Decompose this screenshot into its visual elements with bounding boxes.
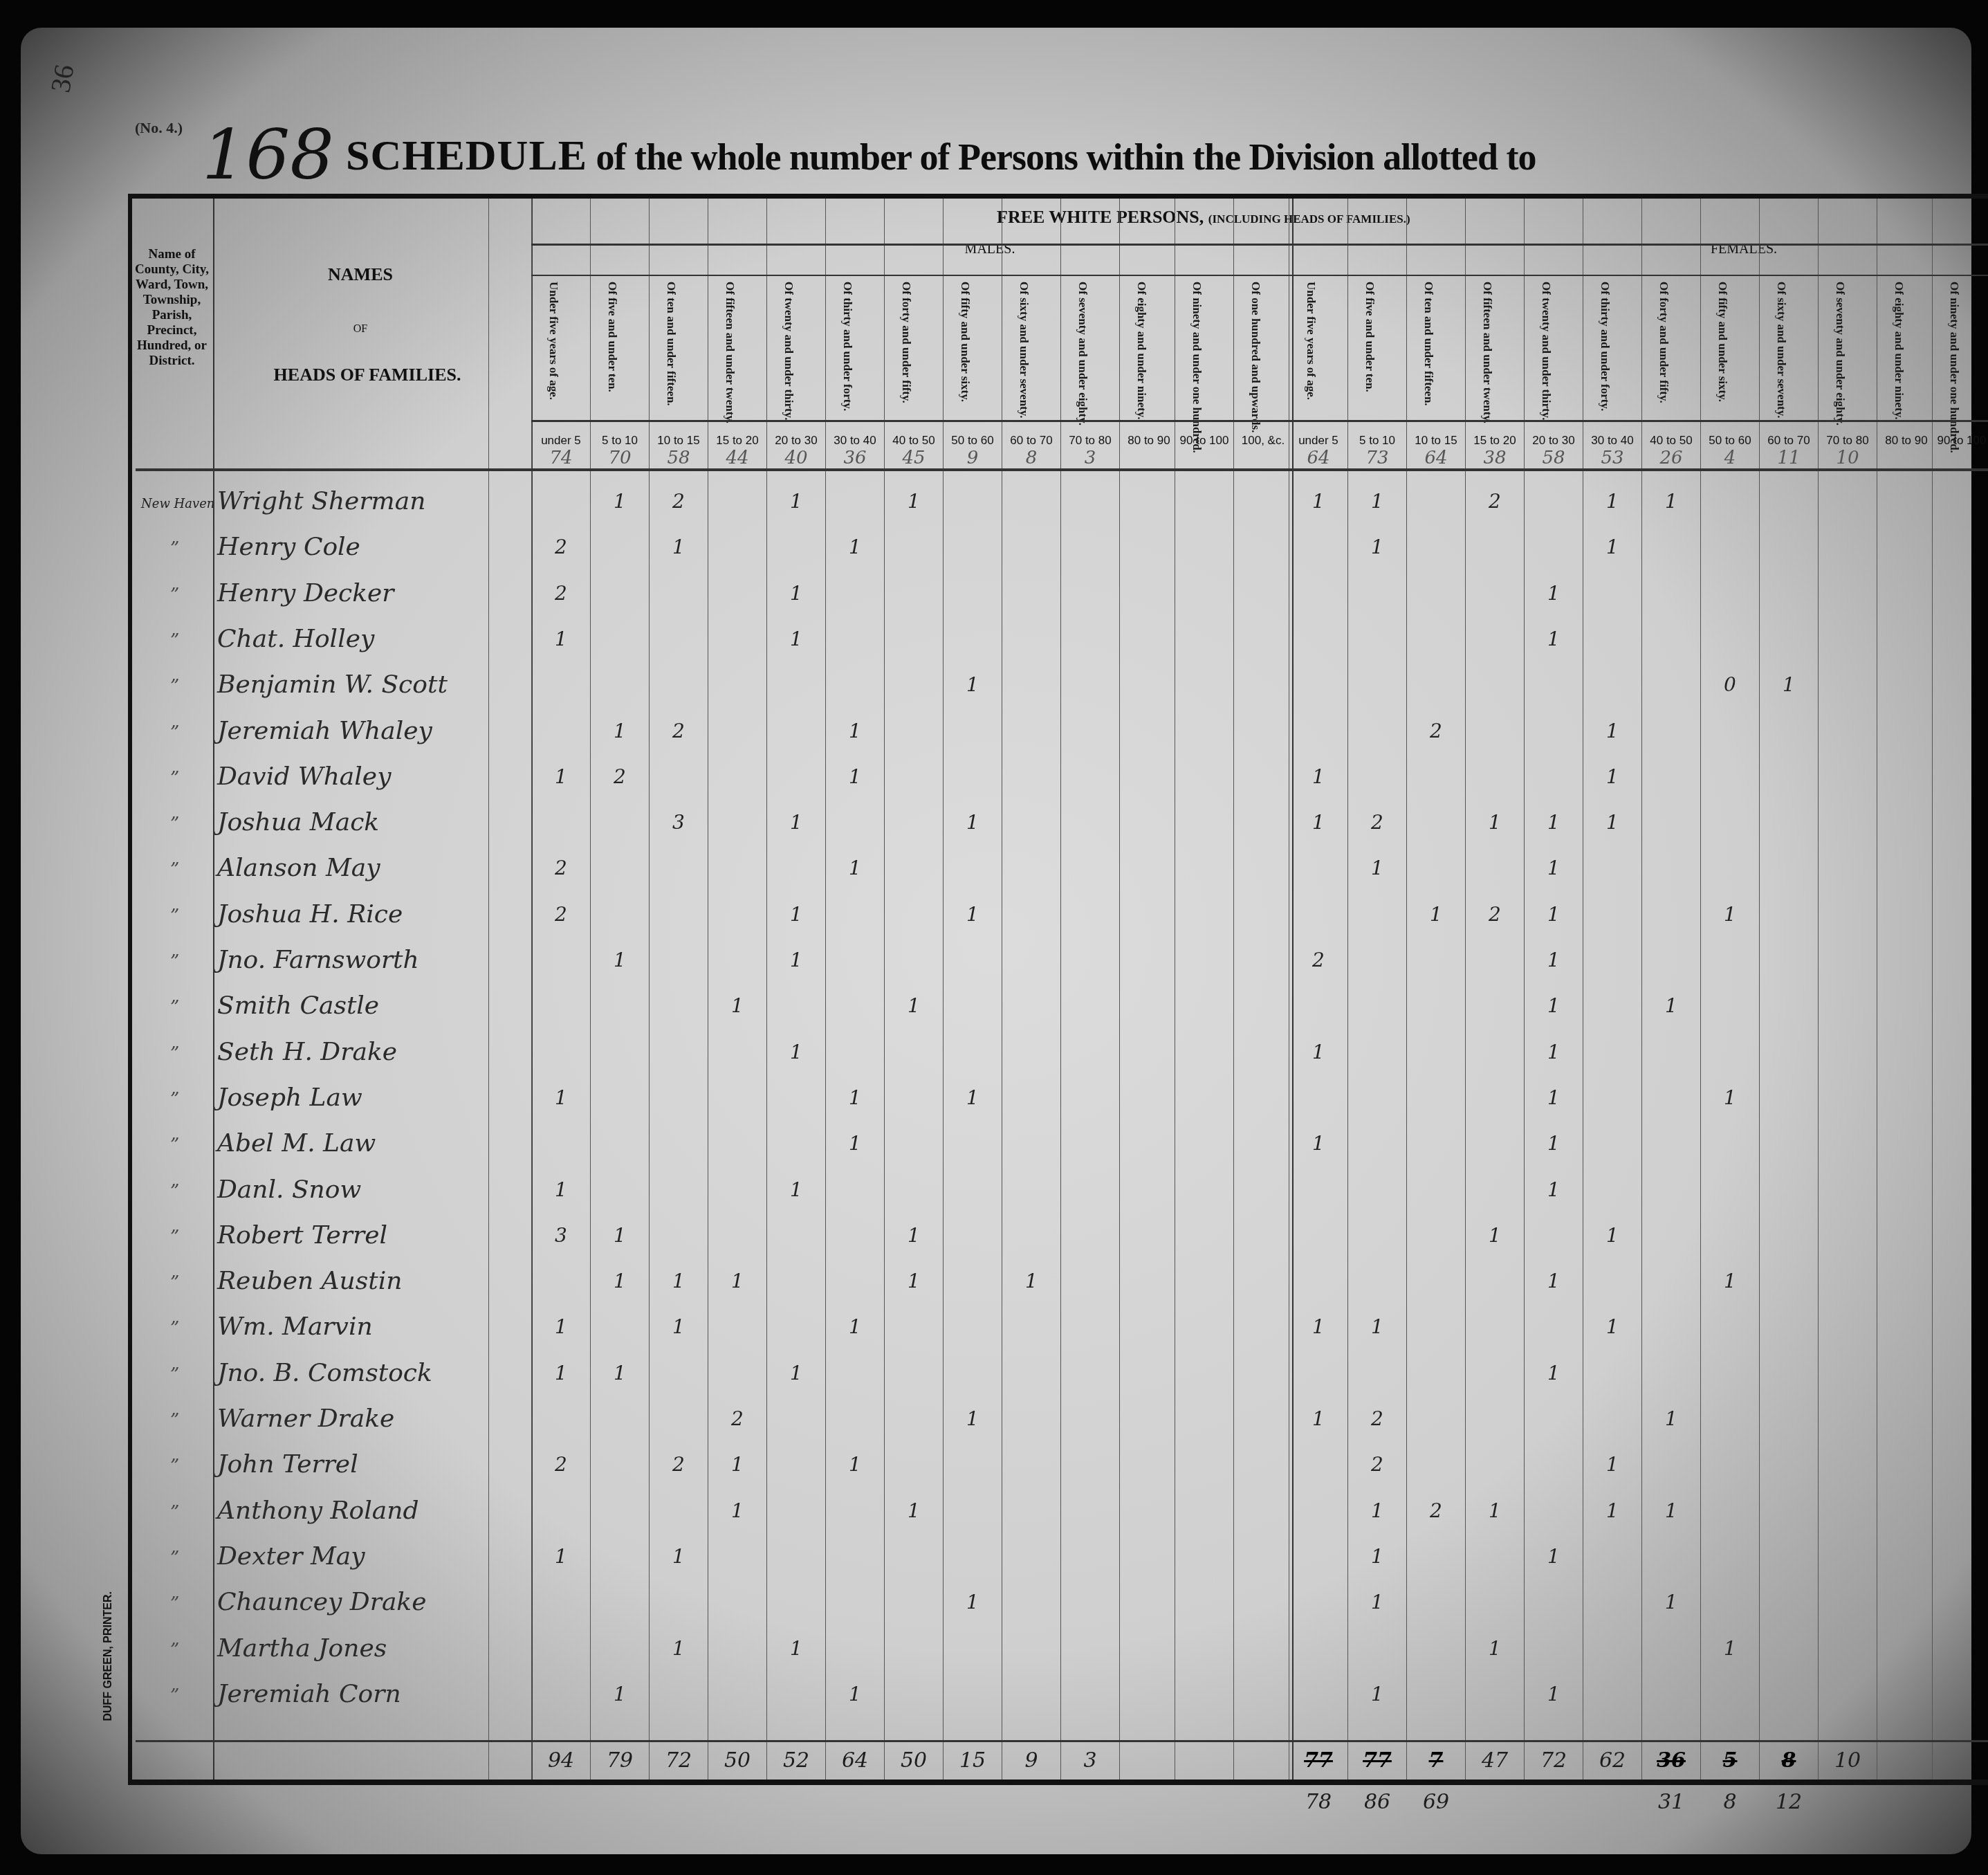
row-rule <box>531 420 1988 422</box>
male-count-cell: 3 <box>658 811 699 834</box>
carried-female-2: 64 <box>1412 448 1460 468</box>
female-count-cell: 2 <box>1356 1407 1398 1430</box>
column-rule <box>1641 199 1642 1780</box>
male-total-3: 50 <box>713 1748 762 1773</box>
column-rule <box>708 199 708 1780</box>
district-cell: ” <box>170 997 179 1018</box>
male-col-range-1: 5 to 10 <box>591 434 649 448</box>
male-count-cell: 1 <box>952 1086 993 1109</box>
female-count-cell: 1 <box>1356 1315 1398 1338</box>
female-col-range-9: 70 to 80 <box>1819 434 1877 448</box>
male-total-1: 79 <box>596 1748 644 1773</box>
female-count-cell: 1 <box>1650 994 1692 1017</box>
male-col-range-10: 80 to 90 <box>1120 434 1178 448</box>
male-count-cell: 1 <box>540 1545 582 1568</box>
column-rule <box>1524 199 1525 1780</box>
female-count-cell: 2 <box>1298 949 1339 971</box>
female-col-range-5: 30 to 40 <box>1583 434 1641 448</box>
district-cell: ” <box>170 630 179 651</box>
column-rule <box>1292 199 1294 1780</box>
female-count-cell: 2 <box>1356 1453 1398 1476</box>
names-header-line1: NAMES <box>215 264 506 285</box>
carried-male-6: 45 <box>890 448 938 468</box>
carried-female-3: 38 <box>1471 448 1519 468</box>
row-rule <box>531 275 1988 276</box>
male-count-cell: 1 <box>834 857 876 879</box>
male-count-cell: 1 <box>893 994 935 1017</box>
district-cell: ” <box>170 1043 179 1064</box>
male-count-cell: 1 <box>834 1453 876 1476</box>
column-rule <box>1002 199 1002 1780</box>
district-cell: ” <box>170 1456 179 1476</box>
column-rule <box>825 199 826 1780</box>
female-count-cell: 1 <box>1533 628 1574 650</box>
male-total-8: 9 <box>1007 1748 1056 1773</box>
district-cell: ” <box>170 1135 179 1155</box>
carried-male-3: 44 <box>713 448 762 468</box>
female-total-corrected-8: 12 <box>1765 1790 1813 1814</box>
female-count-cell: 1 <box>1533 1132 1574 1155</box>
corner-page-mark: 36 <box>44 62 80 95</box>
head-of-family-name: Joseph Law <box>217 1083 362 1112</box>
male-count-cell: 1 <box>658 1315 699 1338</box>
head-of-family-name: Abel M. Law <box>217 1129 376 1158</box>
male-count-cell: 1 <box>717 994 758 1017</box>
district-cell: ” <box>170 814 179 834</box>
head-of-family-name: Reuben Austin <box>217 1267 402 1295</box>
male-count-cell: 1 <box>599 949 641 971</box>
female-count-cell: 1 <box>1768 673 1810 696</box>
carried-female-4: 58 <box>1529 448 1578 468</box>
male-total-4: 52 <box>772 1748 820 1773</box>
female-count-cell: 1 <box>1356 1499 1398 1522</box>
female-col-range-0: under 5 <box>1289 434 1347 448</box>
female-total-9: 10 <box>1823 1748 1872 1773</box>
carried-female-5: 53 <box>1588 448 1637 468</box>
head-of-family-name: Jno. B. Comstock <box>217 1359 432 1387</box>
free-white-persons-header: FREE WHITE PERSONS, (INCLUDING HEADS OF … <box>997 207 1619 228</box>
female-col-desc-11: Of ninety and under one hundred. <box>1948 282 1961 489</box>
female-count-cell: 1 <box>1533 582 1574 605</box>
female-total-struck-2: 7 <box>1412 1748 1460 1773</box>
female-col-range-3: 15 to 20 <box>1466 434 1524 448</box>
column-rule <box>766 199 767 1780</box>
column-rule <box>1233 199 1234 1780</box>
female-count-cell: 1 <box>1474 1637 1516 1660</box>
female-col-range-8: 60 to 70 <box>1760 434 1818 448</box>
male-count-cell: 1 <box>599 1224 641 1247</box>
male-count-cell: 1 <box>775 582 817 605</box>
female-count-cell: 1 <box>1298 490 1339 513</box>
female-count-cell: 2 <box>1415 1499 1457 1522</box>
male-count-cell: 1 <box>834 536 876 558</box>
male-count-cell: 1 <box>775 903 817 926</box>
female-count-cell: 1 <box>1356 490 1398 513</box>
female-col-range-2: 10 to 15 <box>1407 434 1465 448</box>
female-col-range-7: 50 to 60 <box>1701 434 1759 448</box>
female-count-cell: 1 <box>1533 857 1574 879</box>
carried-male-4: 40 <box>772 448 820 468</box>
female-count-cell: 1 <box>1592 811 1633 834</box>
male-col-range-9: 70 to 80 <box>1061 434 1119 448</box>
male-count-cell: 1 <box>893 1270 935 1292</box>
male-total-5: 64 <box>831 1748 879 1773</box>
male-count-cell: 2 <box>540 903 582 926</box>
male-count-cell: 1 <box>775 1178 817 1201</box>
head-of-family-name: Alanson May <box>217 854 380 882</box>
head-of-family-name: John Terrel <box>217 1450 358 1479</box>
female-count-cell: 1 <box>1592 720 1633 742</box>
female-count-cell: 1 <box>1533 1683 1574 1705</box>
male-count-cell: 3 <box>540 1224 582 1247</box>
male-count-cell: 1 <box>658 1637 699 1660</box>
male-count-cell: 1 <box>834 1315 876 1338</box>
male-count-cell: 1 <box>540 1315 582 1338</box>
female-count-cell: 1 <box>1533 1362 1574 1384</box>
female-count-cell: 1 <box>1592 1499 1633 1522</box>
female-total-5: 62 <box>1588 1748 1637 1773</box>
male-count-cell: 1 <box>540 765 582 788</box>
female-count-cell: 1 <box>1356 1591 1398 1613</box>
female-count-cell: 2 <box>1356 811 1398 834</box>
female-count-cell: 1 <box>1298 765 1339 788</box>
male-count-cell: 1 <box>775 811 817 834</box>
female-count-cell: 2 <box>1474 903 1516 926</box>
male-total-6: 50 <box>890 1748 938 1773</box>
column-rule <box>1700 199 1701 1780</box>
folio-number: 168 <box>202 114 334 195</box>
male-count-cell: 1 <box>834 1132 876 1155</box>
male-col-range-3: 15 to 20 <box>708 434 766 448</box>
column-rule <box>943 199 944 1780</box>
female-count-cell: 1 <box>1298 1407 1339 1430</box>
district-cell: ” <box>170 585 179 605</box>
male-count-cell: 2 <box>658 490 699 513</box>
female-count-cell: 1 <box>1533 1086 1574 1109</box>
female-count-cell: 1 <box>1298 811 1339 834</box>
female-total-struck-7: 5 <box>1706 1748 1754 1773</box>
female-count-cell: 1 <box>1356 1683 1398 1705</box>
female-count-cell: 1 <box>1474 1499 1516 1522</box>
male-count-cell: 1 <box>952 1591 993 1613</box>
census-page: 36 (No. 4.) 168 SCHEDULE of the whole nu… <box>21 28 1971 1854</box>
column-rule <box>884 199 885 1780</box>
female-count-cell: 1 <box>1592 1224 1633 1247</box>
male-count-cell: 1 <box>775 628 817 650</box>
male-count-cell: 1 <box>775 1362 817 1384</box>
female-count-cell: 1 <box>1533 1270 1574 1292</box>
male-count-cell: 1 <box>658 1545 699 1568</box>
male-col-range-12: 100, &c. <box>1234 434 1292 448</box>
head-of-family-name: Smith Castle <box>217 991 379 1020</box>
male-count-cell: 2 <box>658 720 699 742</box>
female-col-range-4: 20 to 30 <box>1525 434 1583 448</box>
female-count-cell: 1 <box>1298 1041 1339 1063</box>
male-count-cell: 2 <box>658 1453 699 1476</box>
male-col-range-0: under 5 <box>532 434 590 448</box>
female-total-corrected-7: 8 <box>1706 1790 1754 1814</box>
district-cell: ” <box>170 1593 179 1614</box>
male-count-cell: 2 <box>540 1453 582 1476</box>
male-col-range-7: 50 to 60 <box>944 434 1002 448</box>
female-count-cell: 1 <box>1650 1591 1692 1613</box>
names-header-line2: OF <box>215 323 506 336</box>
title-rest: of the whole number of Persons within th… <box>596 136 1536 178</box>
female-count-cell: 1 <box>1298 1132 1339 1155</box>
male-count-cell: 2 <box>540 857 582 879</box>
female-total-struck-0: 77 <box>1294 1748 1343 1773</box>
female-total-4: 72 <box>1529 1748 1578 1773</box>
female-total-corrected-0: 78 <box>1294 1790 1343 1814</box>
female-total-struck-6: 36 <box>1647 1748 1695 1773</box>
male-col-range-2: 10 to 15 <box>650 434 708 448</box>
head-of-family-name: Chat. Holley <box>217 625 374 653</box>
female-total-corrected-1: 86 <box>1353 1790 1401 1814</box>
carried-female-0: 64 <box>1294 448 1343 468</box>
district-cell: ” <box>170 1640 179 1661</box>
head-of-family-name: Warner Drake <box>217 1405 394 1433</box>
column-rule <box>213 199 214 1780</box>
male-count-cell: 1 <box>1011 1270 1052 1292</box>
female-count-cell: 1 <box>1415 903 1457 926</box>
head-of-family-name: Benjamin W. Scott <box>217 670 448 699</box>
male-count-cell: 1 <box>540 1178 582 1201</box>
female-total-corrected-6: 31 <box>1647 1790 1695 1814</box>
male-count-cell: 1 <box>893 1499 935 1522</box>
census-table: Name of County, City, Ward, Town, Townsh… <box>128 194 1988 1785</box>
district-cell: ” <box>170 768 179 789</box>
row-rule <box>531 244 1988 246</box>
male-count-cell: 1 <box>893 1224 935 1247</box>
female-count-cell: 1 <box>1592 1453 1633 1476</box>
column-rule <box>1406 199 1407 1780</box>
female-count-cell: 1 <box>1650 1499 1692 1522</box>
female-total-struck-1: 77 <box>1353 1748 1401 1773</box>
male-count-cell: 1 <box>599 490 641 513</box>
male-count-cell: 1 <box>540 628 582 650</box>
male-col-range-4: 20 to 30 <box>767 434 825 448</box>
column-rule <box>1465 199 1466 1780</box>
column-rule <box>649 199 650 1780</box>
female-col-desc-10: Of eighty and under ninety. <box>1893 282 1906 489</box>
female-count-cell: 1 <box>1592 1315 1633 1338</box>
head-of-family-name: Jeremiah Whaley <box>217 717 432 745</box>
male-total-9: 3 <box>1066 1748 1114 1773</box>
male-count-cell: 2 <box>540 582 582 605</box>
female-count-cell: 0 <box>1709 673 1751 696</box>
female-col-range-6: 40 to 50 <box>1642 434 1700 448</box>
female-count-cell: 1 <box>1533 1178 1574 1201</box>
column-rule <box>1289 199 1289 1780</box>
page-title: SCHEDULE of the whole number of Persons … <box>346 131 1536 181</box>
female-count-cell: 2 <box>1474 490 1516 513</box>
district-cell: ” <box>170 538 179 559</box>
carried-female-9: 10 <box>1823 448 1872 468</box>
female-count-cell: 1 <box>1650 490 1692 513</box>
female-count-cell: 1 <box>1592 536 1633 558</box>
column-rule <box>1175 199 1175 1780</box>
male-count-cell: 1 <box>717 1270 758 1292</box>
female-count-cell: 1 <box>1533 811 1574 834</box>
carried-male-2: 58 <box>654 448 703 468</box>
female-count-cell: 1 <box>1709 1270 1751 1292</box>
district-cell: ” <box>170 1502 179 1523</box>
form-number: (No. 4.) <box>135 119 183 137</box>
male-count-cell: 1 <box>775 490 817 513</box>
district-cell: ” <box>170 1364 179 1385</box>
female-col-range-11: 90 to 100 <box>1933 434 1988 448</box>
carried-male-9: 3 <box>1066 448 1114 468</box>
male-count-cell: 1 <box>599 1683 641 1705</box>
head-of-family-name: Wright Sherman <box>217 487 425 515</box>
male-col-desc-11: Of ninety and under one hundred. <box>1190 282 1204 489</box>
head-of-family-name: Joshua Mack <box>217 808 379 836</box>
male-count-cell: 1 <box>658 536 699 558</box>
female-count-cell: 1 <box>1533 1041 1574 1063</box>
male-count-cell: 1 <box>952 673 993 696</box>
female-count-cell: 1 <box>1298 1315 1339 1338</box>
female-count-cell: 1 <box>1709 903 1751 926</box>
male-count-cell: 1 <box>717 1453 758 1476</box>
female-count-cell: 1 <box>1474 811 1516 834</box>
district-cell: ” <box>170 1181 179 1202</box>
male-total-0: 94 <box>537 1748 585 1773</box>
female-total-3: 47 <box>1471 1748 1519 1773</box>
district-cell: ” <box>170 1227 179 1247</box>
column-rule <box>1060 199 1061 1780</box>
column-rule <box>531 199 532 1780</box>
male-col-desc-12: Of one hundred and upwards. <box>1249 282 1262 489</box>
male-count-cell: 2 <box>717 1407 758 1430</box>
male-count-cell: 1 <box>599 1270 641 1292</box>
female-count-cell: 1 <box>1533 1545 1574 1568</box>
district-cell: ” <box>170 906 179 926</box>
female-col-range-10: 80 to 90 <box>1877 434 1935 448</box>
female-count-cell: 1 <box>1356 1545 1398 1568</box>
male-count-cell: 1 <box>540 1362 582 1384</box>
female-count-cell: 1 <box>1709 1086 1751 1109</box>
district-cell: ” <box>170 1548 179 1568</box>
male-count-cell: 1 <box>599 720 641 742</box>
district-cell: ” <box>170 722 179 743</box>
female-total-struck-8: 8 <box>1765 1748 1813 1773</box>
female-count-cell: 1 <box>1592 765 1633 788</box>
carried-male-8: 8 <box>1007 448 1056 468</box>
head-of-family-name: Dexter May <box>217 1542 365 1571</box>
female-count-cell: 1 <box>1533 949 1574 971</box>
column-rule <box>590 199 591 1780</box>
column-rule <box>1759 199 1760 1780</box>
head-of-family-name: Henry Cole <box>217 533 360 561</box>
male-count-cell: 1 <box>952 1407 993 1430</box>
female-count-cell: 1 <box>1356 857 1398 879</box>
female-count-cell: 1 <box>1533 903 1574 926</box>
head-of-family-name: Danl. Snow <box>217 1176 361 1204</box>
head-of-family-name: David Whaley <box>217 762 391 791</box>
district-cell: ” <box>170 1685 179 1706</box>
row-rule <box>136 468 1988 471</box>
head-of-family-name: Seth H. Drake <box>217 1038 397 1066</box>
district-column-header: Name of County, City, Ward, Town, Townsh… <box>132 247 212 369</box>
column-rule <box>1877 199 1877 1780</box>
column-rule <box>488 199 489 1780</box>
male-count-cell: 1 <box>540 1086 582 1109</box>
male-count-cell: 1 <box>717 1499 758 1522</box>
male-col-range-8: 60 to 70 <box>1002 434 1060 448</box>
male-count-cell: 1 <box>834 720 876 742</box>
head-of-family-name: Martha Jones <box>217 1634 387 1663</box>
carried-male-7: 9 <box>948 448 997 468</box>
male-count-cell: 1 <box>775 1637 817 1660</box>
title-lead: SCHEDULE <box>346 132 587 179</box>
female-count-cell: 1 <box>1709 1637 1751 1660</box>
male-count-cell: 1 <box>599 1362 641 1384</box>
district-cell: ” <box>170 951 179 972</box>
district-cell: ” <box>170 1272 179 1293</box>
district-cell: ” <box>170 1410 179 1431</box>
male-count-cell: 2 <box>540 536 582 558</box>
male-count-cell: 1 <box>775 949 817 971</box>
head-of-family-name: Henry Decker <box>217 579 394 607</box>
carried-male-5: 36 <box>831 448 879 468</box>
female-count-cell: 2 <box>1415 720 1457 742</box>
carried-male-1: 70 <box>596 448 644 468</box>
head-of-family-name: Jno. Farnsworth <box>217 946 419 974</box>
female-total-corrected-2: 69 <box>1412 1790 1460 1814</box>
district-cell: New Haven <box>141 497 214 511</box>
female-count-cell: 1 <box>1533 994 1574 1017</box>
district-cell: ” <box>170 1089 179 1110</box>
male-count-cell: 1 <box>834 765 876 788</box>
female-count-cell: 1 <box>1592 490 1633 513</box>
male-total-7: 15 <box>948 1748 997 1773</box>
carried-female-1: 73 <box>1353 448 1401 468</box>
carried-female-6: 26 <box>1647 448 1695 468</box>
column-rule <box>1932 199 1933 1780</box>
female-count-cell: 1 <box>1474 1224 1516 1247</box>
head-of-family-name: Joshua H. Rice <box>217 900 403 929</box>
column-rule <box>1818 199 1819 1780</box>
column-rule <box>1119 199 1120 1780</box>
female-col-range-1: 5 to 10 <box>1348 434 1406 448</box>
head-of-family-name: Chauncey Drake <box>217 1588 426 1616</box>
male-count-cell: 2 <box>599 765 641 788</box>
male-total-2: 72 <box>654 1748 703 1773</box>
female-count-cell: 1 <box>1356 536 1398 558</box>
male-count-cell: 1 <box>952 811 993 834</box>
carried-female-8: 11 <box>1765 448 1813 468</box>
head-of-family-name: Jeremiah Corn <box>217 1680 401 1708</box>
male-col-range-6: 40 to 50 <box>885 434 943 448</box>
names-header-line3: HEADS OF FAMILIES. <box>215 365 519 385</box>
column-rule <box>1347 199 1348 1780</box>
head-of-family-name: Wm. Marvin <box>217 1312 373 1341</box>
carried-female-7: 4 <box>1706 448 1754 468</box>
head-of-family-name: Anthony Roland <box>217 1497 418 1525</box>
printer-imprint: DUFF GREEN, PRINTER. <box>102 1591 115 1721</box>
head-of-family-name: Robert Terrel <box>217 1221 387 1250</box>
district-cell: ” <box>170 859 179 880</box>
carried-male-0: 74 <box>537 448 585 468</box>
male-col-desc-10: Of eighty and under ninety. <box>1135 282 1148 489</box>
male-count-cell: 1 <box>834 1086 876 1109</box>
male-count-cell: 1 <box>834 1683 876 1705</box>
row-rule <box>136 1740 1988 1742</box>
group-subtitle: (INCLUDING HEADS OF FAMILIES.) <box>1208 212 1410 226</box>
female-count-cell: 1 <box>1650 1407 1692 1430</box>
column-rule <box>1583 199 1583 1780</box>
male-col-range-11: 90 to 100 <box>1175 434 1233 448</box>
